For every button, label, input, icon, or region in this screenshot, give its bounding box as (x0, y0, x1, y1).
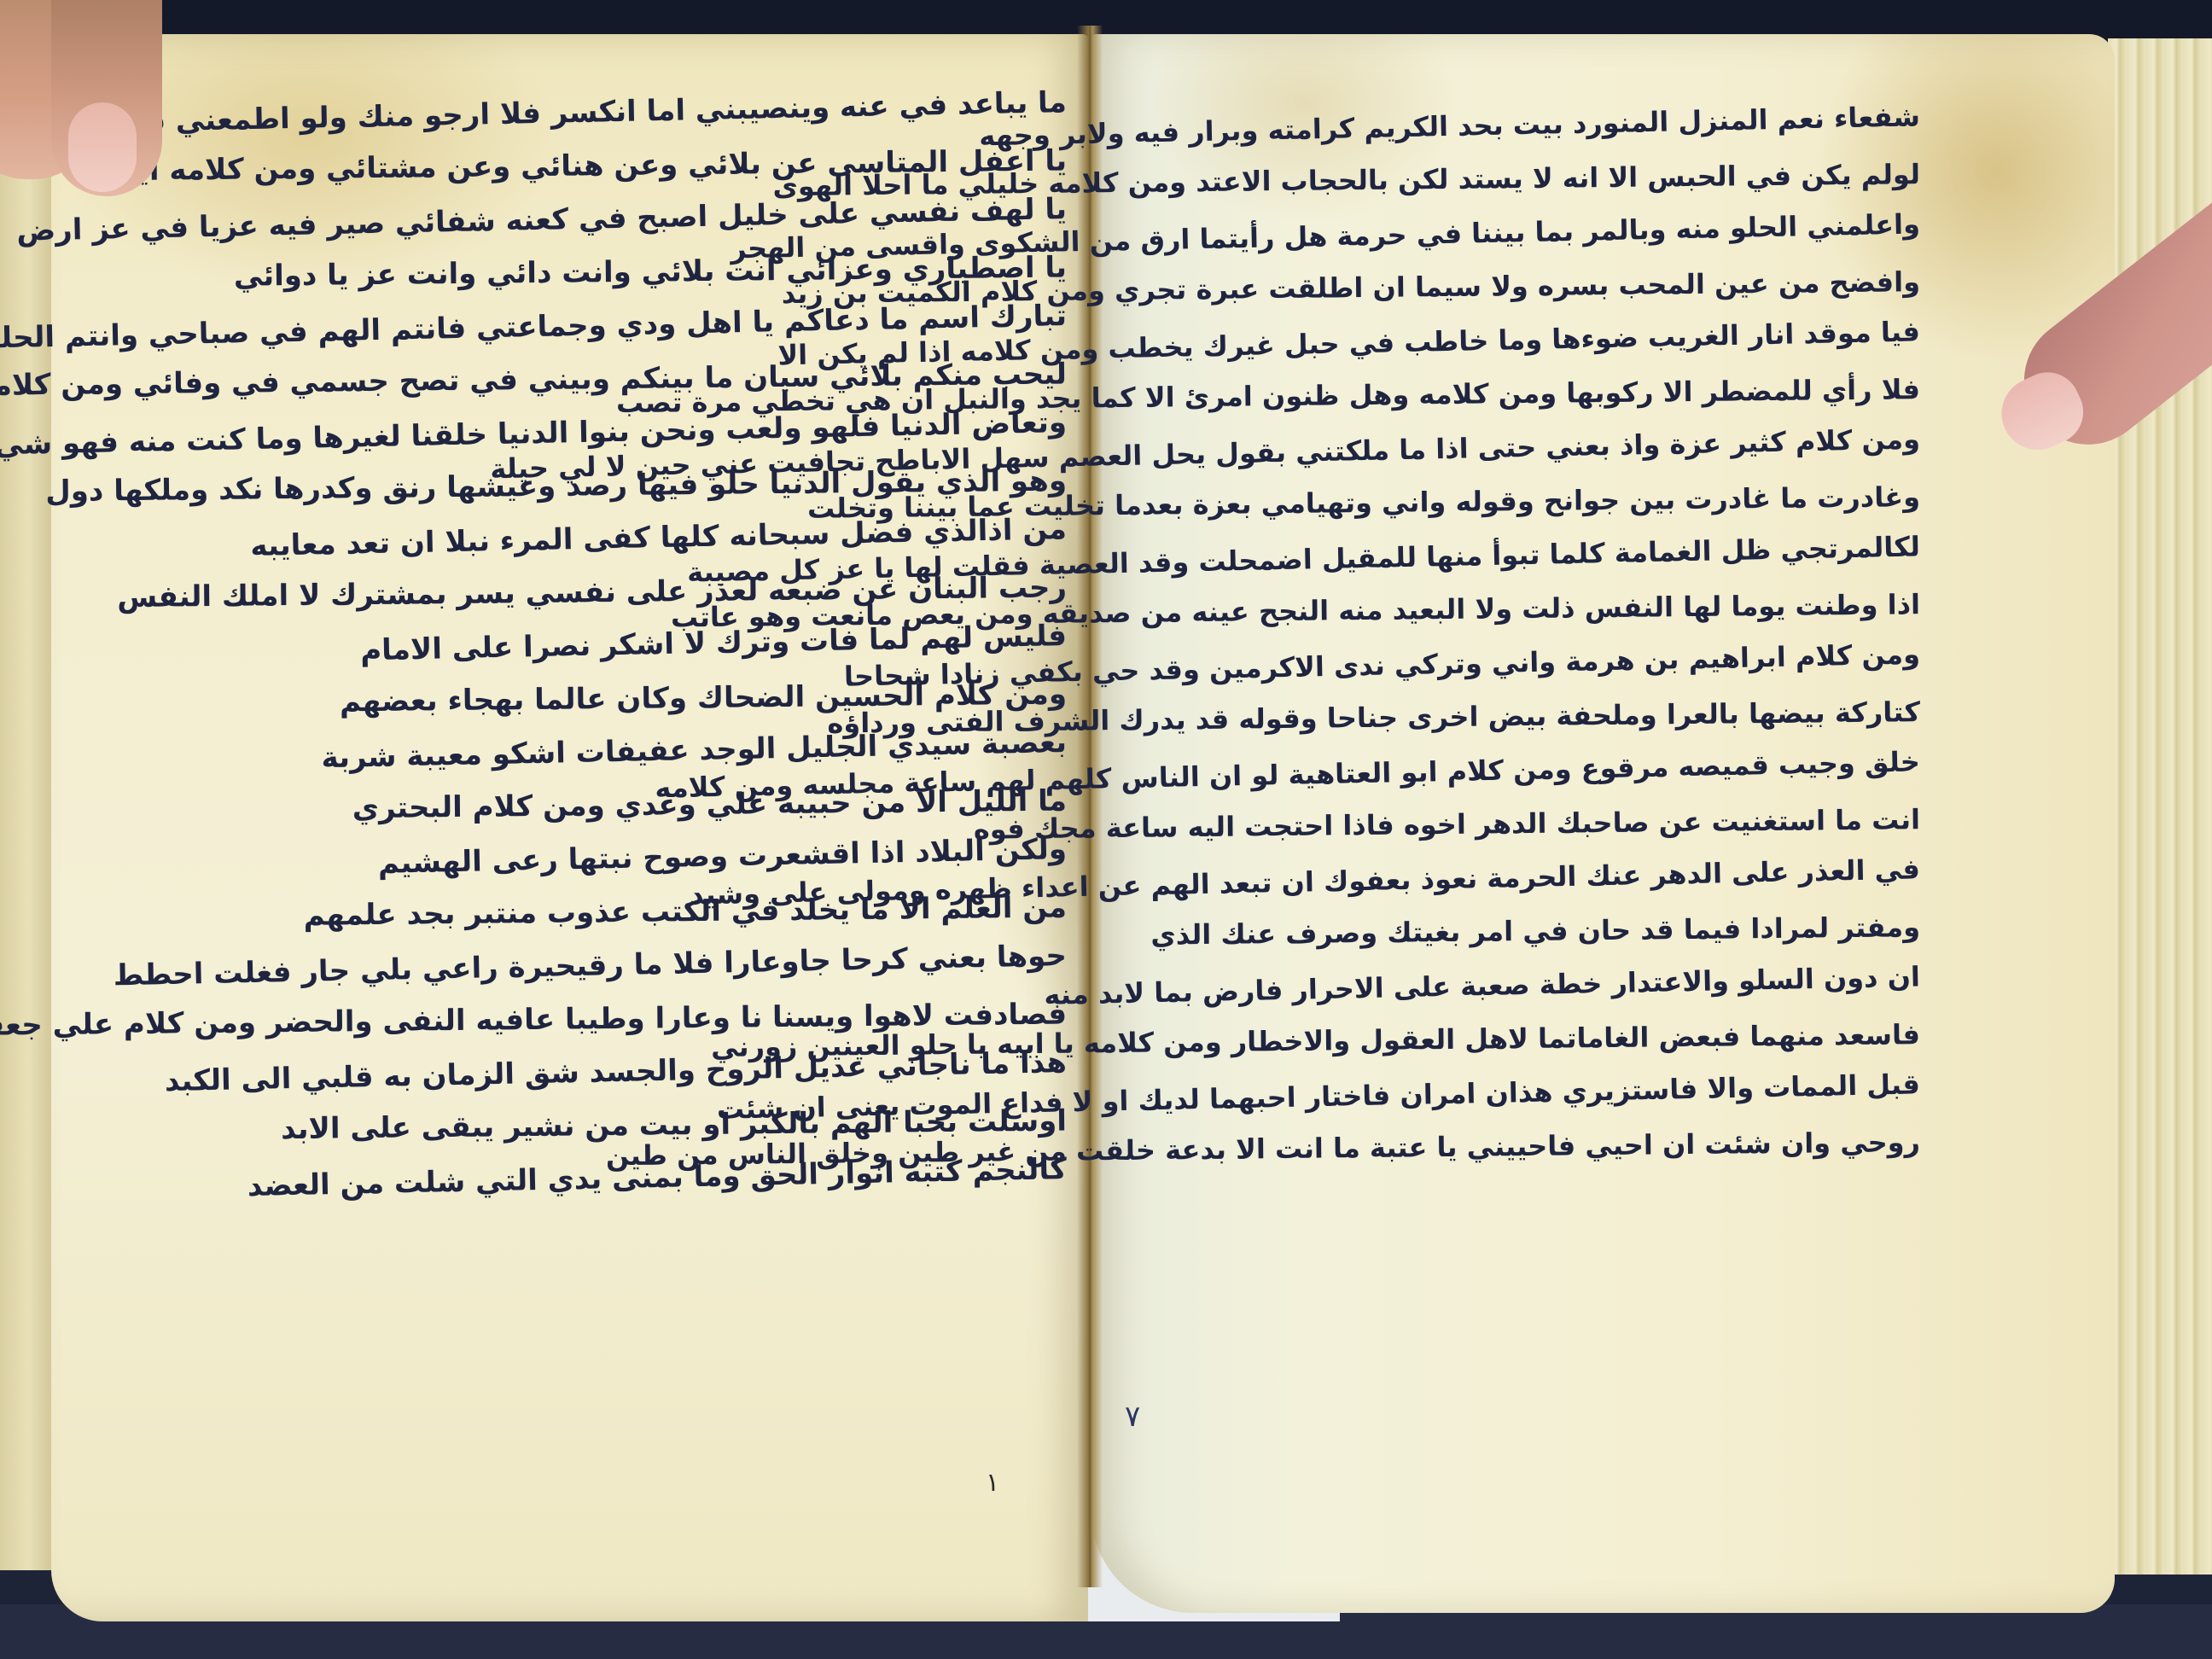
right-page-text: شفعاء نعم المنزل المنورد بيت بحد الكريم … (1135, 98, 1920, 1173)
catchword-mark: ٧ (1125, 1400, 1140, 1434)
thumbnail-icon (68, 102, 137, 192)
folio-number: ١ (986, 1468, 999, 1498)
manuscript-line: روحي وان شئت ان احيي فاحييني يا عتبة ما … (1135, 1115, 1921, 1178)
